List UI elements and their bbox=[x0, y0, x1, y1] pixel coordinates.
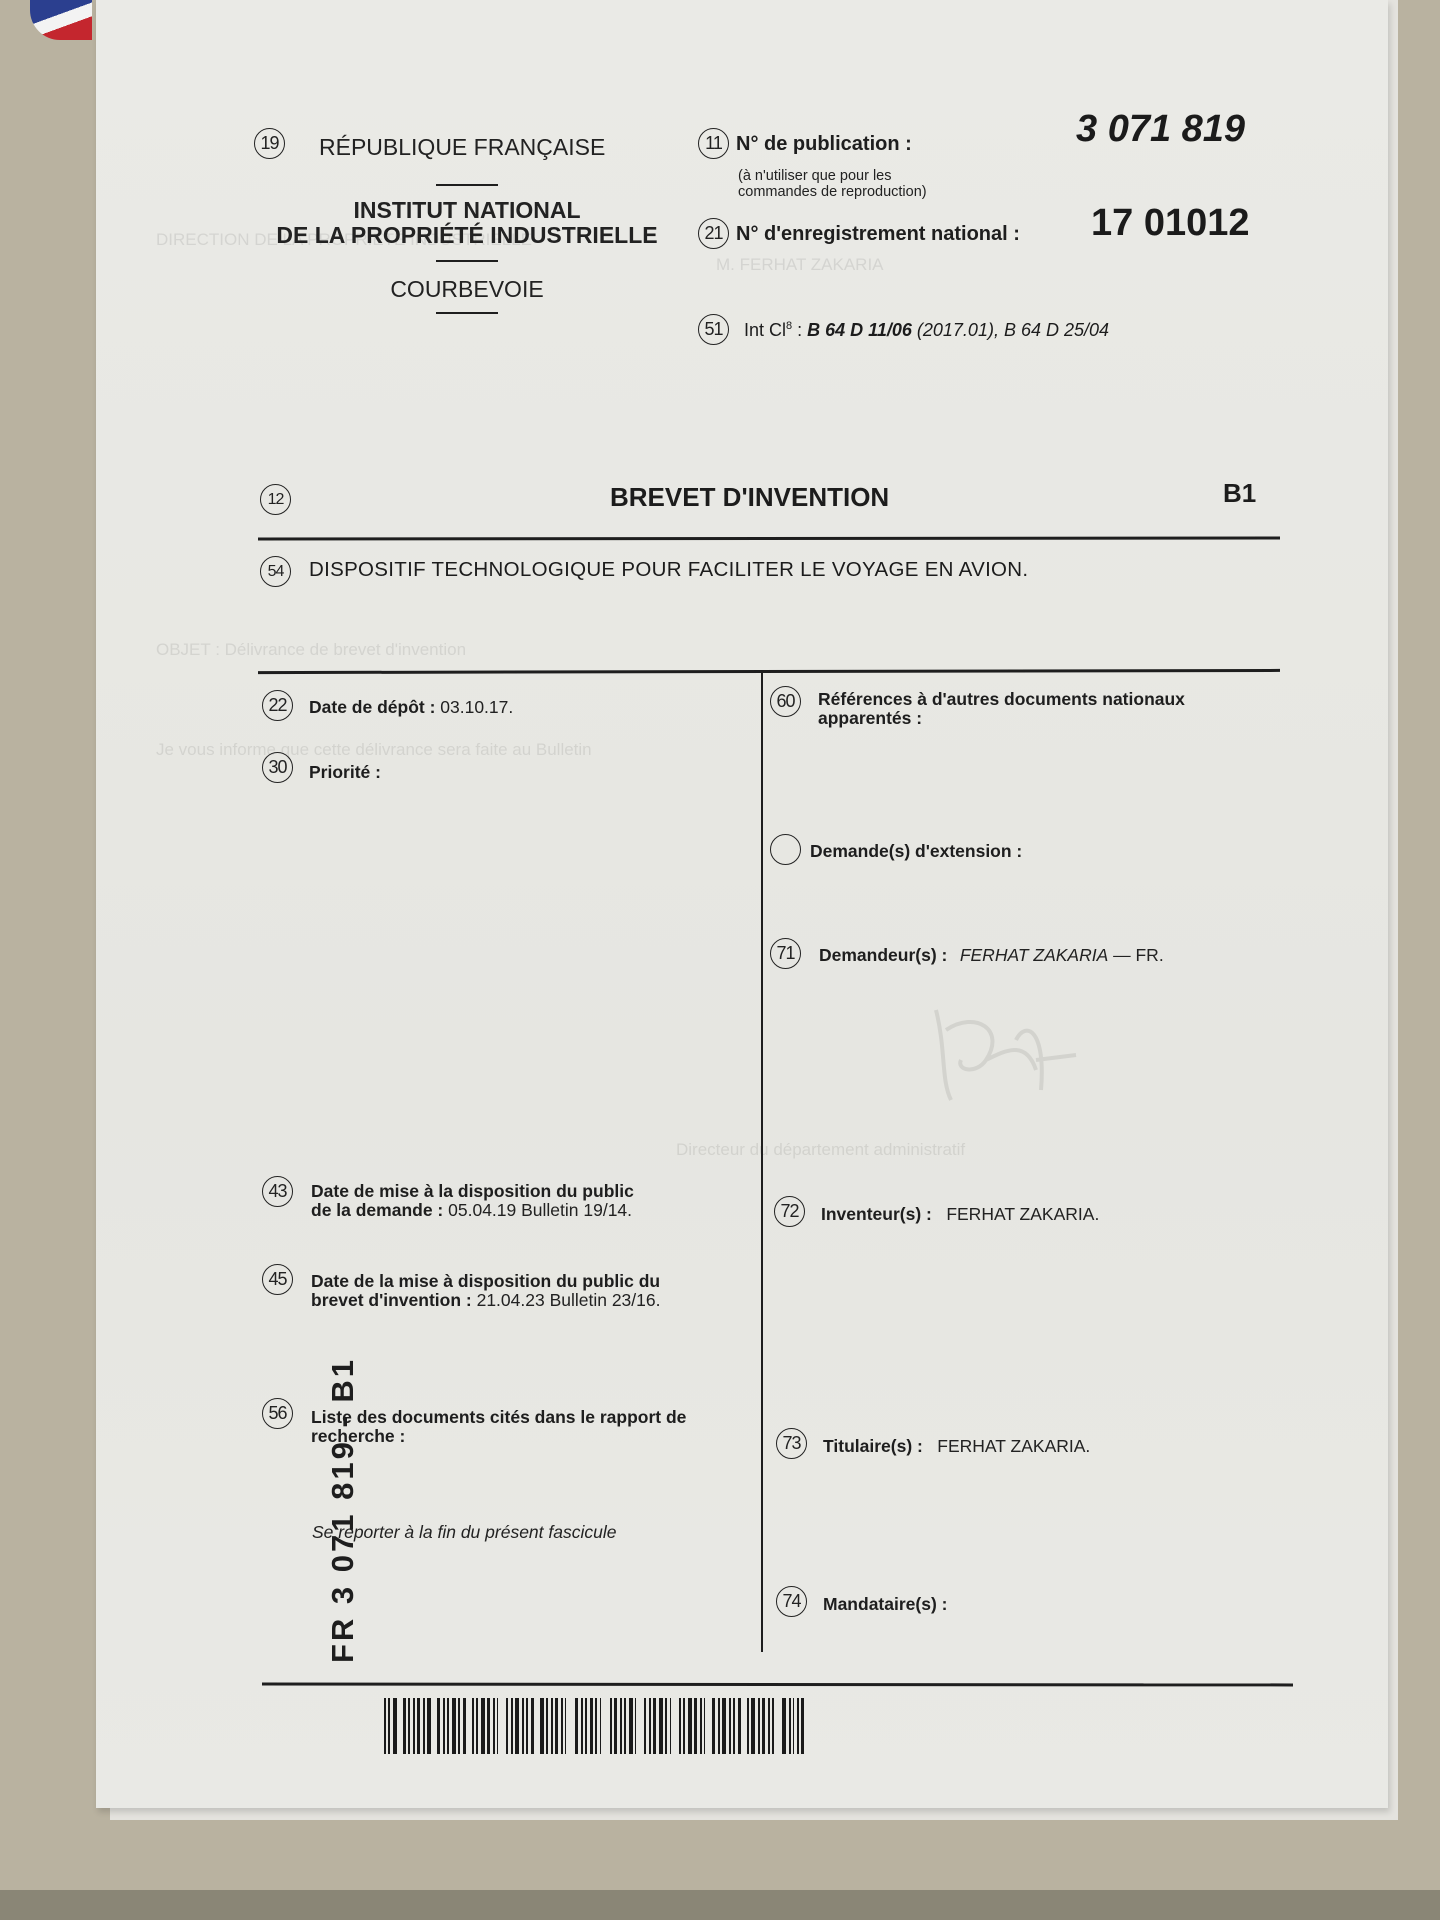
publication-note: (à n'utiliser que pour les commandes de … bbox=[738, 168, 927, 200]
institute-line-2: DE LA PROPRIÉTÉ INDUSTRIELLE bbox=[272, 223, 662, 248]
inid-code-72: 72 bbox=[774, 1196, 805, 1227]
footer-rule bbox=[262, 1683, 1293, 1687]
divider bbox=[436, 260, 498, 262]
header-rule bbox=[258, 536, 1280, 540]
inid-code-51: 51 bbox=[698, 314, 729, 345]
inid-code-45: 45 bbox=[262, 1264, 293, 1295]
show-through-text: OBJET : Délivrance de brevet d'invention bbox=[156, 640, 466, 660]
side-identifier: FR 3 071 819 - B1 bbox=[308, 1330, 378, 1690]
priority-label: Priorité : bbox=[309, 762, 381, 783]
patent-document-page: DIRECTION DE LA PROPRIÉTÉ INDUSTRIELLE M… bbox=[96, 0, 1388, 1808]
invention-title: DISPOSITIF TECHNOLOGIQUE POUR FACILITER … bbox=[309, 558, 1028, 582]
title-rule bbox=[258, 669, 1280, 674]
publication-number-label: N° de publication : bbox=[736, 133, 912, 156]
patent-type: BREVET D'INVENTION bbox=[610, 482, 889, 513]
background-floor bbox=[0, 1890, 1440, 1920]
institute-name: INSTITUT NATIONAL DE LA PROPRIÉTÉ INDUST… bbox=[272, 198, 662, 248]
show-through-text: Directeur du département administratif bbox=[676, 1140, 965, 1160]
divider bbox=[436, 184, 498, 186]
inventor-field: Inventeur(s) : FERHAT ZAKARIA. bbox=[821, 1204, 1099, 1225]
barcode bbox=[384, 1698, 809, 1754]
tricolor-ribbon bbox=[30, 0, 92, 40]
inid-code-71: 71 bbox=[770, 938, 801, 969]
inid-code-56: 56 bbox=[262, 1398, 293, 1429]
signature-show-through bbox=[916, 990, 1086, 1120]
deposit-date-field: Date de dépôt : 03.10.17. bbox=[309, 697, 513, 718]
show-through-text: Je vous informe que cette délivrance ser… bbox=[156, 740, 592, 760]
related-references-field: Références à d'autres documents nationau… bbox=[818, 690, 1185, 728]
inid-code-11: 11 bbox=[698, 128, 729, 159]
inid-code-22: 22 bbox=[262, 690, 293, 721]
inid-code-12: 12 bbox=[260, 484, 291, 515]
inid-code-73: 73 bbox=[776, 1428, 807, 1459]
inid-code-60: 60 bbox=[770, 686, 801, 717]
office-city: COURBEVOIE bbox=[272, 276, 662, 303]
international-classification: Int Cl8 : B 64 D 11/06 (2017.01), B 64 D… bbox=[744, 320, 1109, 341]
extension-requests-label: Demande(s) d'extension : bbox=[810, 841, 1022, 862]
inid-code-30: 30 bbox=[262, 752, 293, 783]
grant-publication-field: Date de la mise à disposition du public … bbox=[311, 1272, 660, 1311]
divider bbox=[436, 312, 498, 314]
inid-code-empty bbox=[770, 834, 801, 865]
application-publication-field: Date de mise à la disposition du public … bbox=[311, 1182, 634, 1221]
registration-number: 17 01012 bbox=[1091, 202, 1250, 245]
holder-field: Titulaire(s) : FERHAT ZAKARIA. bbox=[823, 1436, 1090, 1457]
inid-code-19: 19 bbox=[254, 128, 285, 159]
column-divider bbox=[761, 672, 763, 1652]
applicant-field: Demandeur(s) : FERHAT ZAKARIA — FR. bbox=[819, 945, 1164, 966]
inid-code-54: 54 bbox=[260, 556, 291, 587]
institute-line-1: INSTITUT NATIONAL bbox=[272, 198, 662, 223]
inid-code-43: 43 bbox=[262, 1176, 293, 1207]
publication-number: 3 071 819 bbox=[1076, 108, 1245, 151]
patent-kind-code: B1 bbox=[1223, 478, 1256, 509]
agent-label: Mandataire(s) : bbox=[823, 1594, 947, 1615]
registration-number-label: N° d'enregistrement national : bbox=[736, 223, 1020, 246]
country-name: RÉPUBLIQUE FRANÇAISE bbox=[319, 134, 605, 161]
inid-code-74: 74 bbox=[776, 1586, 807, 1617]
inid-code-21: 21 bbox=[698, 218, 729, 249]
show-through-text: M. FERHAT ZAKARIA bbox=[716, 255, 884, 275]
